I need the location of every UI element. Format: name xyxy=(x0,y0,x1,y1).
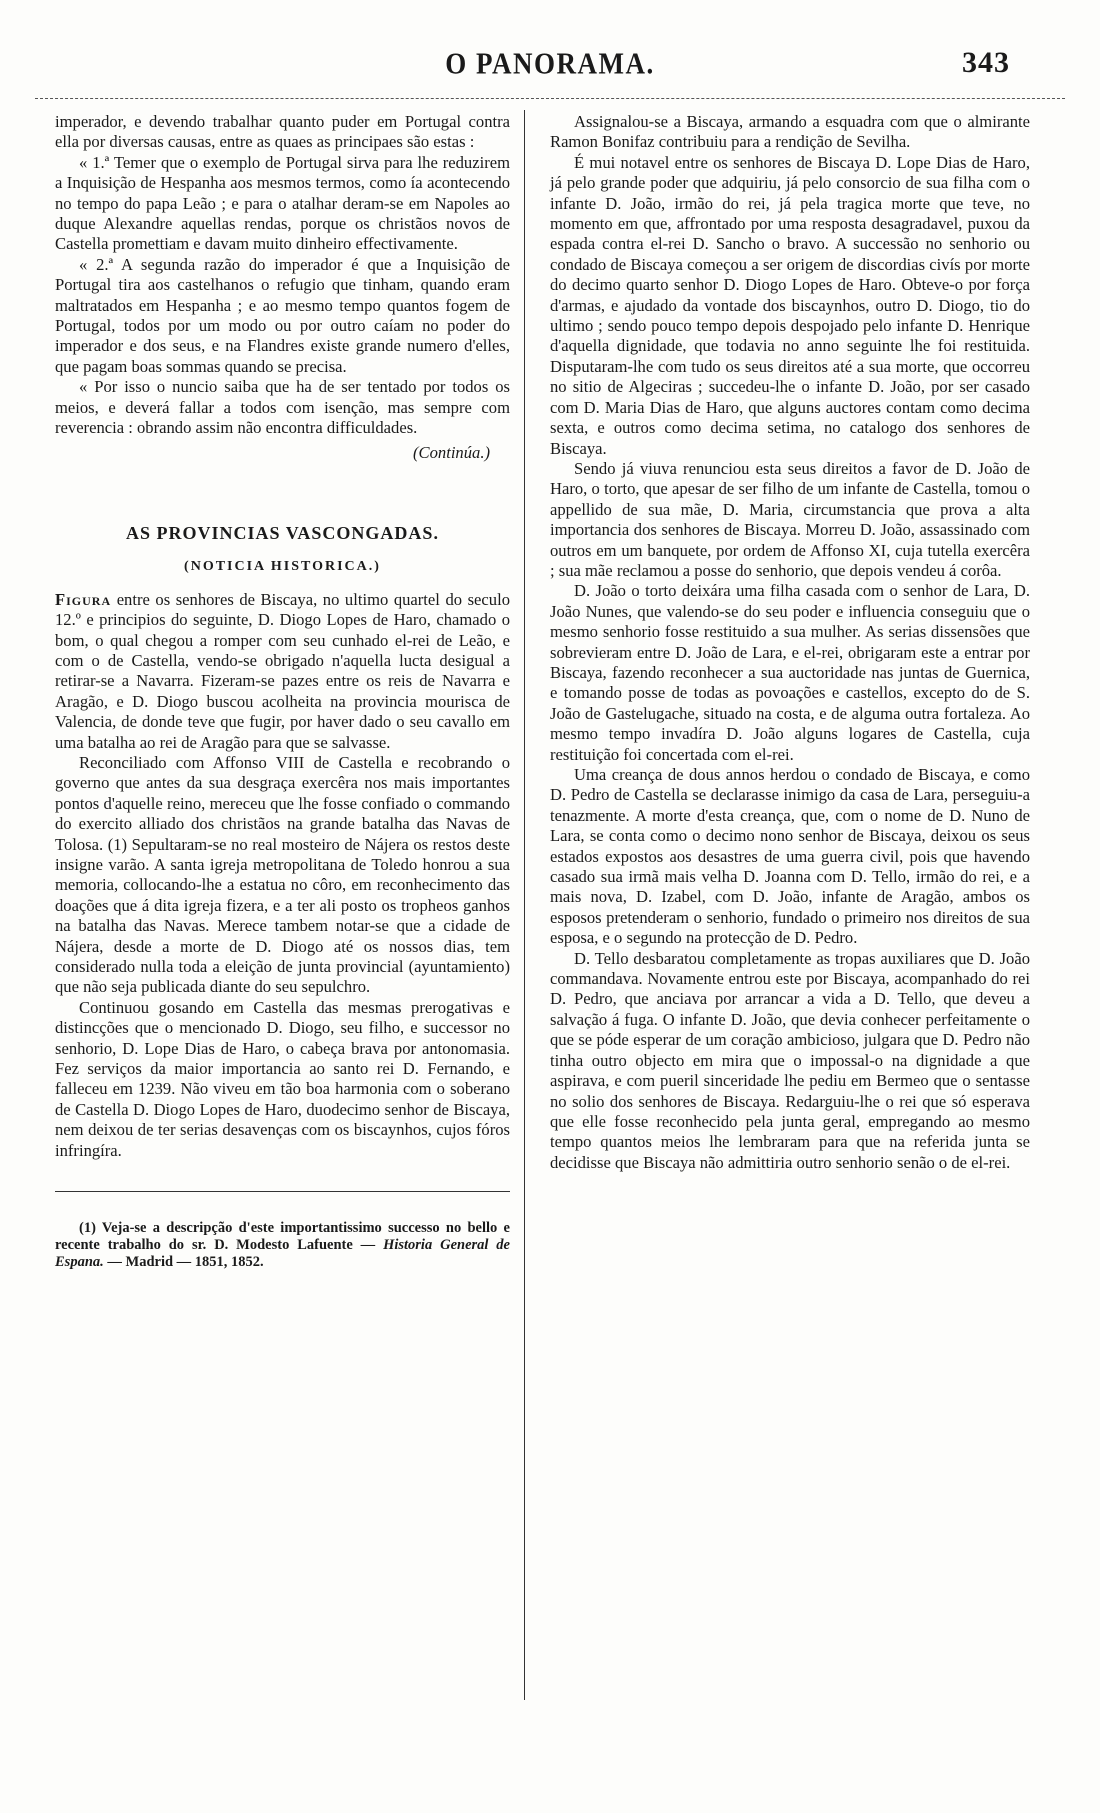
footnote-rule xyxy=(55,1191,510,1192)
footnote: (1) Veja-se a descripção d'este importan… xyxy=(55,1220,510,1271)
footnote-text-end: — Madrid — 1851, 1852. xyxy=(104,1254,264,1270)
newspaper-page: O PANORAMA. 343 imperador, e devendo tra… xyxy=(0,0,1100,1813)
paragraph: Uma creança de dous annos herdou o conda… xyxy=(550,765,1030,949)
left-column: imperador, e devendo trabalhar quanto pu… xyxy=(55,112,510,1271)
right-column: Assignalou-se a Biscaya, armando a esqua… xyxy=(550,112,1030,1173)
paragraph: Assignalou-se a Biscaya, armando a esqua… xyxy=(550,112,1030,153)
article: AS PROVINCIAS VASCONGADAS. (NOTICIA HIST… xyxy=(55,523,510,1161)
header-rule xyxy=(35,98,1065,99)
article-title: AS PROVINCIAS VASCONGADAS. xyxy=(55,523,510,543)
paragraph: « 1.ª Temer que o exemplo de Portugal si… xyxy=(55,153,510,255)
paragraph: Sendo já viuva renunciou esta seus direi… xyxy=(550,459,1030,581)
paragraph: É mui notavel entre os senhores de Bisca… xyxy=(550,153,1030,459)
column-divider xyxy=(524,110,525,1700)
footnote-marker: (1) xyxy=(79,1220,96,1236)
paragraph-text: entre os senhores de Biscaya, no ultimo … xyxy=(55,590,510,752)
lead-word: Figura xyxy=(55,590,111,609)
paragraph: Figura entre os senhores de Biscaya, no … xyxy=(55,590,510,753)
paragraph: Continuou gosando em Castella das mesmas… xyxy=(55,998,510,1161)
publication-title: O PANORAMA. xyxy=(0,46,1100,82)
paragraph: imperador, e devendo trabalhar quanto pu… xyxy=(55,112,510,153)
paragraph: D. Tello desbaratou completamente as tro… xyxy=(550,949,1030,1173)
page-number: 343 xyxy=(962,46,1010,80)
article-subtitle: (NOTICIA HISTORICA.) xyxy=(55,557,510,577)
paragraph: « Por isso o nuncio saiba que ha de ser … xyxy=(55,377,510,438)
continued-note: (Continúa.) xyxy=(55,443,490,463)
running-header: O PANORAMA. 343 xyxy=(0,44,1100,84)
paragraph: Reconciliado com Affonso VIII de Castell… xyxy=(55,753,510,998)
paragraph: D. João o torto deixára uma filha casada… xyxy=(550,581,1030,765)
paragraph: « 2.ª A segunda razão do imperador é que… xyxy=(55,255,510,377)
